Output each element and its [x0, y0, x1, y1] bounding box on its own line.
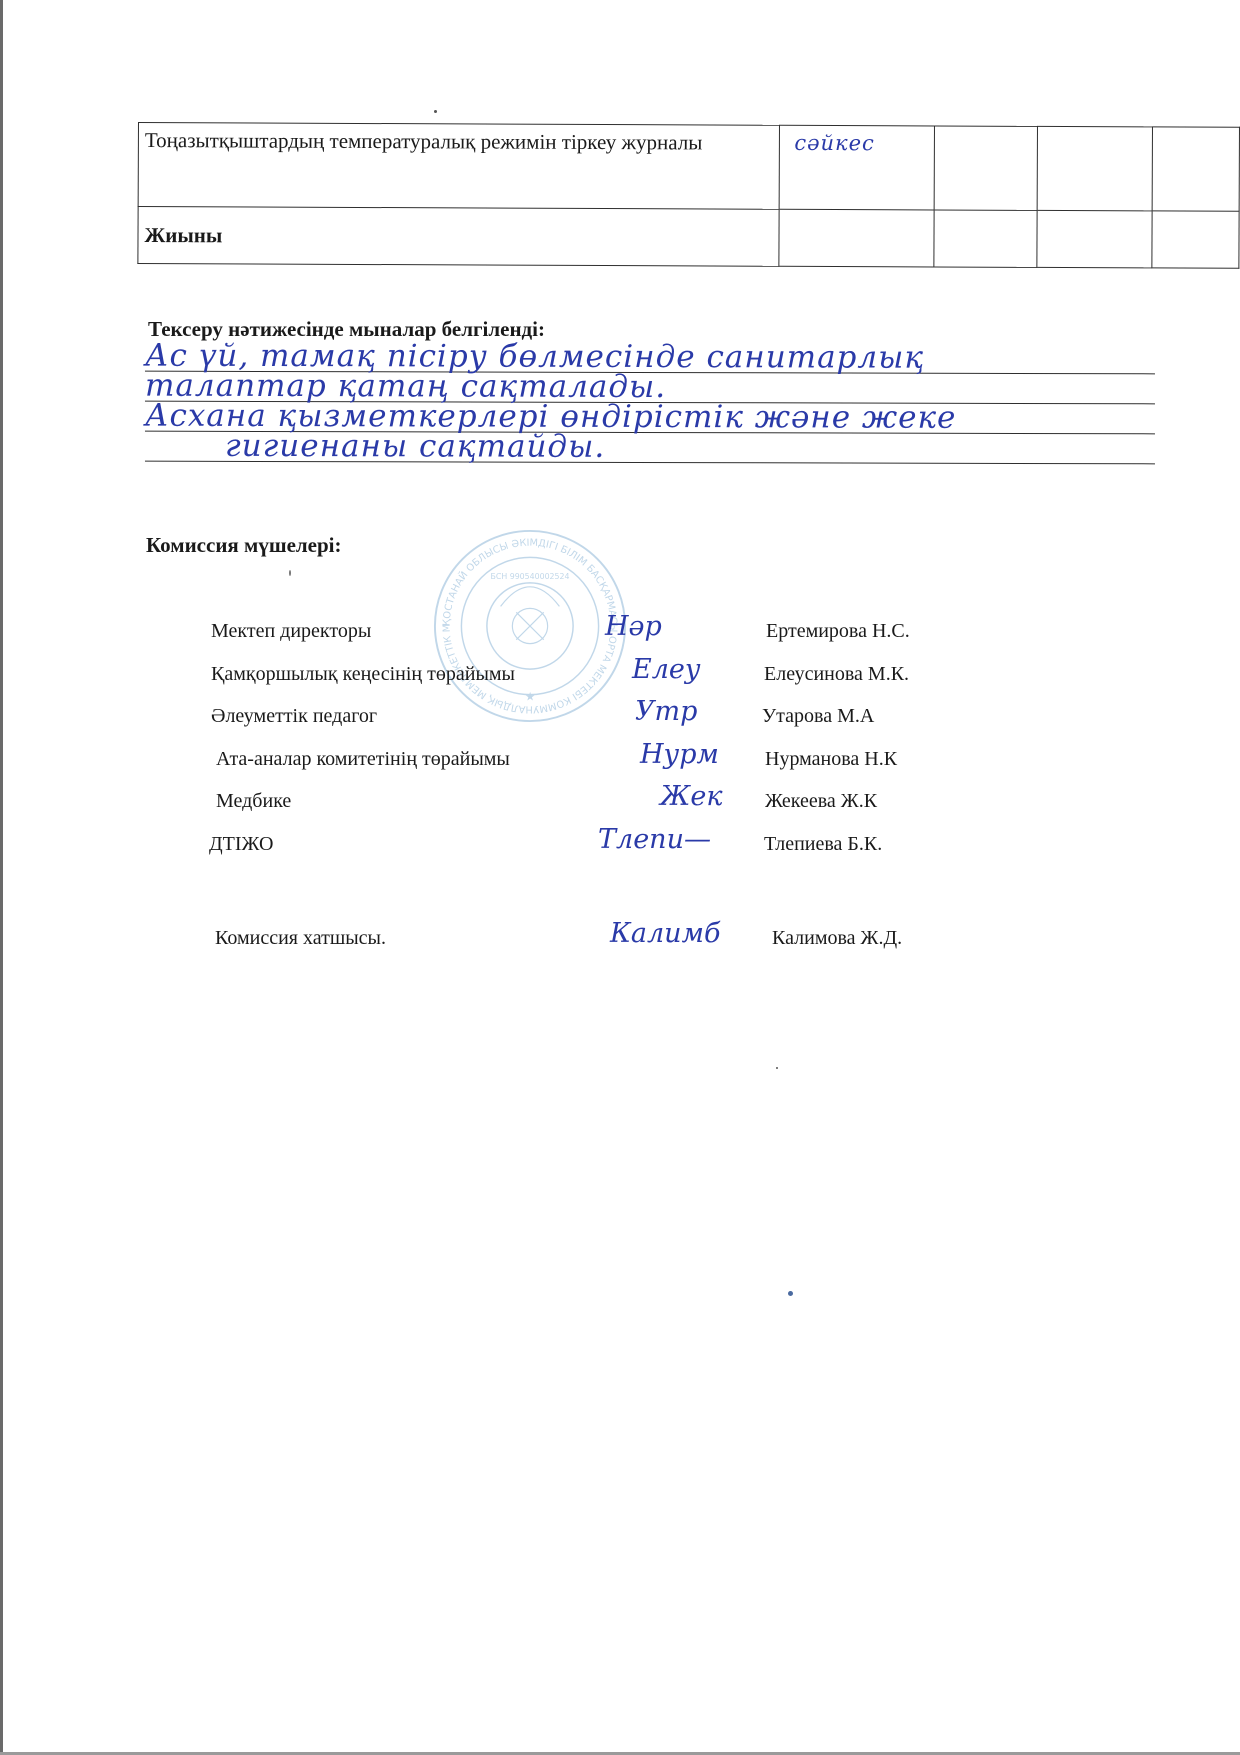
signature: Калимб — [610, 919, 720, 949]
secretary-role: Комиссия хатшысы. — [215, 927, 386, 950]
scan-speck — [434, 110, 437, 113]
member-name: Елеусинова М.К. — [764, 663, 909, 686]
secretary-row: Комиссия хатшысы. Калимб Калимова Ж.Д. — [0, 927, 1240, 957]
signature: Елеу — [632, 655, 701, 685]
member-role: Қамқоршылық кеңесінің төрайымы — [211, 663, 515, 686]
secretary-name: Калимова Ж.Д. — [772, 927, 902, 950]
table-row-total: Жиыны — [138, 207, 1239, 269]
scan-speck — [776, 1067, 778, 1069]
member-row: Мектеп директоры Нәр Ертемирова Н.С. — [0, 620, 1240, 650]
member-role: Ата-аналар комитетінің төрайымы — [216, 748, 510, 771]
stamp-id: БСН 990540002524 — [491, 572, 570, 581]
handwritten-cell: сәйкес — [780, 125, 935, 210]
scan-edge — [0, 0, 3, 1755]
signature: Жек — [660, 782, 722, 812]
member-name: Жекеева Ж.К — [765, 790, 877, 813]
signature: Утр — [635, 697, 697, 727]
member-role: Мектеп директоры — [211, 620, 371, 643]
table-cell — [934, 126, 1037, 210]
signature: Нурм — [640, 740, 719, 770]
table-cell — [1037, 210, 1152, 268]
member-name: Тлепиева Б.К. — [764, 833, 882, 856]
table-cell — [1152, 127, 1239, 211]
table-cell — [1037, 126, 1152, 211]
member-row: Ата-аналар комитетінің төрайымы Нурм Нур… — [0, 748, 1240, 778]
commission-title: Комиссия мүшелері: — [146, 533, 342, 558]
table-cell — [1152, 211, 1239, 268]
member-role: ДТІЖО — [209, 833, 273, 856]
member-role: Медбике — [216, 790, 291, 813]
member-role: Әлеуметтік педагог — [211, 705, 377, 728]
total-label: Жиыны — [138, 207, 780, 267]
findings-text: Ас үй, тамақ пісіру бөлмесінде санитарлы… — [145, 343, 1155, 463]
member-row: Қамқоршылық кеңесінің төрайымы Елеу Елеу… — [0, 663, 1240, 693]
member-name: Утарова М.А — [762, 705, 874, 728]
table-cell — [779, 209, 934, 267]
member-name: Нурманова Н.К — [765, 748, 897, 771]
member-row: ДТІЖО Тлепи— Тлепиева Б.К. — [0, 833, 1240, 863]
member-row: Медбике Жек Жекеева Ж.К — [0, 790, 1240, 820]
scan-speck — [289, 570, 291, 576]
signature: Нәр — [605, 612, 662, 642]
table-row: Тоңазытқыштардың температуралық режимін … — [138, 123, 1239, 212]
row-label: Тоңазытқыштардың температуралық режимін … — [138, 123, 780, 210]
findings-line: гигиенаны сақтайды. — [145, 432, 1155, 465]
scan-speck — [788, 1291, 793, 1296]
member-row: Әлеуметтік педагог Утр Утарова М.А — [0, 705, 1240, 735]
inspection-table: Тоңазытқыштардың температуралық режимін … — [137, 122, 1240, 269]
table-cell — [934, 210, 1037, 267]
member-name: Ертемирова Н.С. — [766, 620, 910, 643]
signature: Тлепи— — [598, 825, 711, 855]
